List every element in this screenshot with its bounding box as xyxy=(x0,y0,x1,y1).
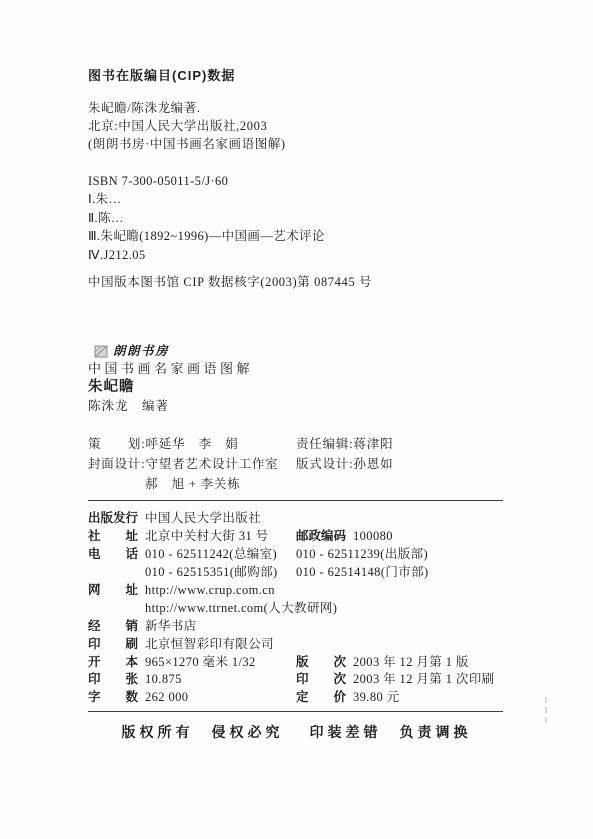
pub-label: 电 话 xyxy=(88,546,145,564)
cip-header: 图书在版编目(CIP)数据 xyxy=(88,65,235,84)
pub-value: 10.875 xyxy=(145,672,182,686)
pub-label: 印 次 xyxy=(296,671,353,689)
copyright-notice: 版权所有 侵权必究 xyxy=(122,726,284,741)
pub-label: 版 次 xyxy=(296,654,353,672)
pub-row: 印 刷北京恒智彩印有限公司 xyxy=(88,636,528,654)
credits-value: 蒋津阳 xyxy=(353,437,393,451)
pub-value: http://www.ttrnet.com(人大教研网) xyxy=(145,601,337,615)
credits-value: 守望者艺术设计工作室 xyxy=(145,457,278,471)
pub-row: 社 址北京中关村大街 31 号 邮政编码100080 xyxy=(88,528,528,546)
pub-row: 网 址http://www.crup.com.cn xyxy=(88,582,528,600)
pub-value: 010 - 62511239(出版部) xyxy=(296,546,428,564)
exchange-notice: 印装差错 负责调换 xyxy=(310,726,472,741)
divider-top xyxy=(88,500,503,501)
pub-row: 经 销新华书店 xyxy=(88,618,528,636)
pub-value: 965×1270 毫米 1/32 xyxy=(145,655,256,669)
pub-value: 2003 年 12 月第 1 版 xyxy=(353,654,469,672)
pub-value: 2003 年 12 月第 1 次印刷 xyxy=(353,671,495,689)
pub-value: http://www.crup.com.cn xyxy=(145,583,275,597)
credits-value: 呼延华 李 娟 xyxy=(145,437,238,451)
pub-row: 字 数262 000 定 价39.80 元 xyxy=(88,689,528,707)
credits-label: 责任编辑: xyxy=(296,437,353,451)
cip-record-line: 中国版本图书馆 CIP 数据核字(2003)第 087445 号 xyxy=(88,272,372,290)
pub-value: 中国人民大学出版社 xyxy=(145,511,261,525)
pub-value: 39.80 元 xyxy=(353,689,400,707)
pub-label: 出版发行 xyxy=(88,510,145,528)
publication-info-block: 出版发行中国人民大学出版社 社 址北京中关村大街 31 号 邮政编码100080… xyxy=(88,510,528,707)
publisher-logo-row: 朗朗书房 xyxy=(88,342,253,360)
credits-label: 版式设计: xyxy=(296,457,353,471)
pub-value: 新华书店 xyxy=(145,619,197,633)
series-title: 中国书画名家画语图解 xyxy=(88,360,253,378)
pub-value: 北京恒智彩印有限公司 xyxy=(145,637,274,651)
scan-artifact xyxy=(545,697,547,723)
credits-row: 封面设计:守望者艺术设计工作室 版式设计:孙恩如 xyxy=(88,455,518,475)
brand-block: 朗朗书房 中国书画名家画语图解 朱屺瞻 陈洙龙 编著 xyxy=(88,342,253,415)
publisher-logo-text: 朗朗书房 xyxy=(113,342,169,360)
credits-label: 封面设计: xyxy=(88,457,145,471)
pub-label: 印 张 xyxy=(88,671,145,689)
pub-value: 010 - 62511242(总编室) xyxy=(145,547,277,561)
author-line: 陈洙龙 编著 xyxy=(88,397,253,415)
credits-row: 策 划:呼延华 李 娟 责任编辑:蒋津阳 xyxy=(88,435,518,455)
credits-right: 责任编辑:蒋津阳 xyxy=(296,435,393,455)
classification-line: Ⅰ.朱… xyxy=(88,190,325,208)
langlang-shufang-logo-icon xyxy=(94,345,109,358)
pub-label: 开 本 xyxy=(88,654,145,672)
pub-row: 开 本965×1270 毫米 1/32 版 次2003 年 12 月第 1 版 xyxy=(88,654,528,672)
credits-value: 郝 旭 + 李关栋 xyxy=(145,477,241,491)
footer-notice: 版权所有 侵权必究印装差错 负责调换 xyxy=(0,722,593,742)
cip-entry-line: 朱屺瞻/陈洙龙编著. xyxy=(88,99,286,117)
pub-label: 印 刷 xyxy=(88,636,145,654)
classification-line: Ⅲ.朱屺瞻(1892~1996)—中国画—艺术评论 xyxy=(88,227,325,245)
pub-row: 印 张10.875 印 次2003 年 12 月第 1 次印刷 xyxy=(88,671,528,689)
credits-block: 策 划:呼延华 李 娟 责任编辑:蒋津阳 封面设计:守望者艺术设计工作室 版式设… xyxy=(88,435,518,494)
divider-bottom xyxy=(88,711,503,712)
classification-line: Ⅳ.J212.05 xyxy=(88,246,325,264)
pub-row: 010 - 62515351(邮购部) 010 - 62514148(门市部) xyxy=(88,564,528,582)
pub-row: 出版发行中国人民大学出版社 xyxy=(88,510,528,528)
pub-label: 经 销 xyxy=(88,618,145,636)
pub-label: 邮政编码 xyxy=(296,528,353,546)
pub-value: 100080 xyxy=(353,528,393,546)
pub-row: 电 话010 - 62511242(总编室) 010 - 62511239(出版… xyxy=(88,546,528,564)
pub-label: 字 数 xyxy=(88,689,145,707)
classification-line: Ⅱ.陈… xyxy=(88,209,325,227)
credits-value: 孙恩如 xyxy=(353,457,393,471)
pub-row: http://www.ttrnet.com(人大教研网) xyxy=(88,600,528,618)
isbn-classification-block: ISBN 7-300-05011-5/J·60 Ⅰ.朱… Ⅱ.陈… Ⅲ.朱屺瞻(… xyxy=(88,172,325,264)
pub-value: 北京中关村大街 31 号 xyxy=(145,529,269,543)
cip-entry-block: 朱屺瞻/陈洙龙编著. 北京:中国人民大学出版社,2003 (朗朗书房·中国书画名… xyxy=(88,99,286,153)
credits-row: 郝 旭 + 李关栋 xyxy=(88,475,518,495)
pub-label: 定 价 xyxy=(296,689,353,707)
credits-label: 策 划: xyxy=(88,437,145,451)
pub-label: 网 址 xyxy=(88,582,145,600)
copyright-page: 图书在版编目(CIP)数据 朱屺瞻/陈洙龙编著. 北京:中国人民大学出版社,20… xyxy=(0,0,593,839)
pub-value: 010 - 62514148(门市部) xyxy=(296,564,429,582)
book-title: 朱屺瞻 xyxy=(88,378,253,396)
cip-entry-line: (朗朗书房·中国书画名家画语图解) xyxy=(88,135,286,153)
cip-entry-line: 北京:中国人民大学出版社,2003 xyxy=(88,117,286,135)
pub-value: 010 - 62515351(邮购部) xyxy=(145,565,278,579)
isbn-line: ISBN 7-300-05011-5/J·60 xyxy=(88,172,325,190)
credits-right: 版式设计:孙恩如 xyxy=(296,455,393,475)
pub-label: 社 址 xyxy=(88,528,145,546)
pub-value: 262 000 xyxy=(145,690,188,704)
